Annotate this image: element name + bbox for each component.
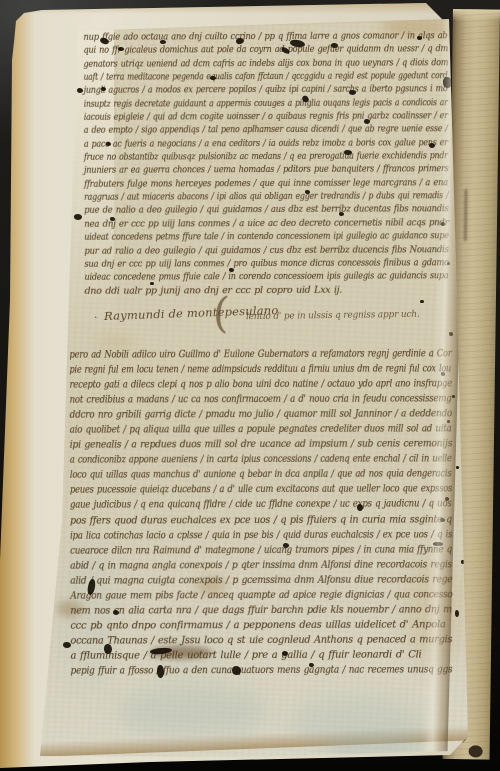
ink-blot [106, 142, 111, 146]
ink-blot [101, 87, 106, 91]
ink-blot [455, 610, 459, 617]
ink-blot [280, 46, 290, 55]
edge-chip [469, 745, 483, 757]
ink-blot [210, 76, 216, 80]
ink-blot [349, 90, 356, 95]
ink-blot [339, 212, 344, 216]
ink-blot [157, 665, 164, 678]
ink-blot [118, 47, 124, 51]
ink-blot [150, 647, 173, 655]
ink-blot [282, 651, 288, 656]
ink-blot [417, 36, 422, 40]
ink-blot [229, 268, 234, 272]
ink-blot [110, 217, 115, 221]
ink-blot [301, 94, 310, 103]
ink-blot [429, 143, 435, 148]
ink-blot [456, 466, 459, 469]
manuscript-page: nup ffgie ado octaua ano dnj cuilto ccri… [0, 0, 500, 771]
ink-blot [364, 119, 370, 124]
ink-blot [113, 610, 119, 615]
ink-blot [77, 88, 83, 93]
ink-blot [86, 578, 96, 595]
ink-blot [150, 282, 154, 285]
ink-blot [357, 504, 363, 511]
ink-blot [290, 39, 306, 48]
ink-blot [283, 543, 289, 548]
ink-blot [99, 37, 110, 46]
ink-blot [344, 150, 352, 155]
ink-blot [235, 37, 244, 45]
ink-blot [331, 43, 338, 48]
ink-blot [232, 666, 241, 675]
manuscript-photograph: nup ffgie ado octaua ano dnj cuilto ccri… [0, 0, 500, 771]
ink-blot [305, 190, 310, 194]
ink-blot [74, 214, 82, 220]
ink-blot [160, 40, 166, 44]
ink-blot [420, 300, 424, 303]
ink-blot [63, 642, 71, 648]
ink-blot [309, 663, 314, 667]
ink-blot [104, 644, 112, 654]
